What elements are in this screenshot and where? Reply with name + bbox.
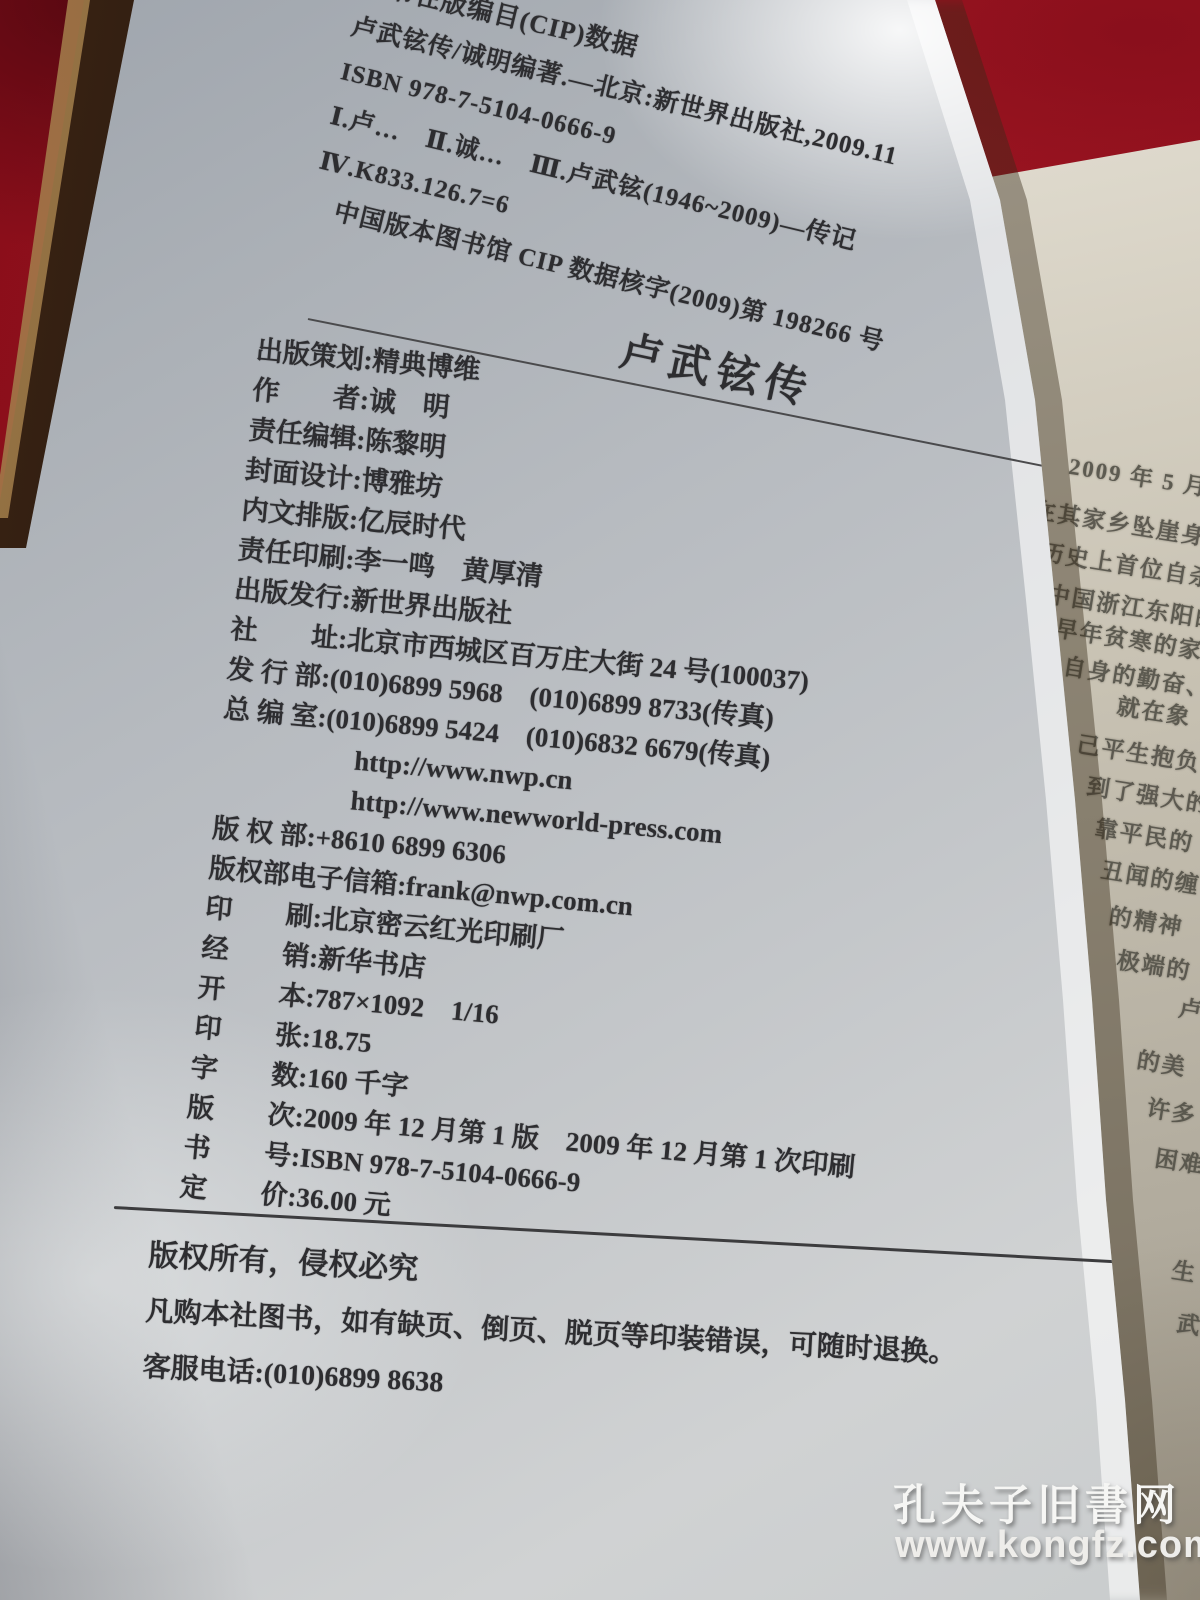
- facing-page-line-fragment: 困难: [1153, 1140, 1200, 1180]
- facing-page-line-fragment: 的精神: [1107, 898, 1186, 942]
- facing-page-line-fragment: 极端的: [1115, 942, 1194, 986]
- facing-page-line-fragment: 的美: [1135, 1042, 1190, 1082]
- book-photo: { "cip_block": { "lines": [ "图书在版编目(CIP)…: [0, 0, 1200, 1600]
- facing-page-line-fragment: 靠平民的: [1093, 810, 1197, 858]
- facing-page-line-fragment: 卢: [1177, 990, 1200, 1027]
- facing-page-line-fragment: 丑闻的缠: [1099, 852, 1200, 900]
- facing-page-line-fragment: 许多: [1145, 1090, 1200, 1130]
- colophon-block: 出版策划:精典博维作 者:诚 明责任编辑:陈黎明封面设计:博雅坊内文排版:亿辰时…: [178, 330, 925, 1267]
- facing-page-line-fragment: 生: [1170, 1252, 1200, 1289]
- facing-page-line-fragment: 武: [1175, 1305, 1200, 1342]
- watermark-site-url: www.kongfz.com: [895, 1524, 1200, 1567]
- facing-page-line-fragment: 2009 年 5 月 2: [1067, 448, 1200, 506]
- cip-data-block: 图书在版编目(CIP)数据卢武铉传/诚明编著.—北京:新世界出版社,2009.1…: [304, 0, 943, 366]
